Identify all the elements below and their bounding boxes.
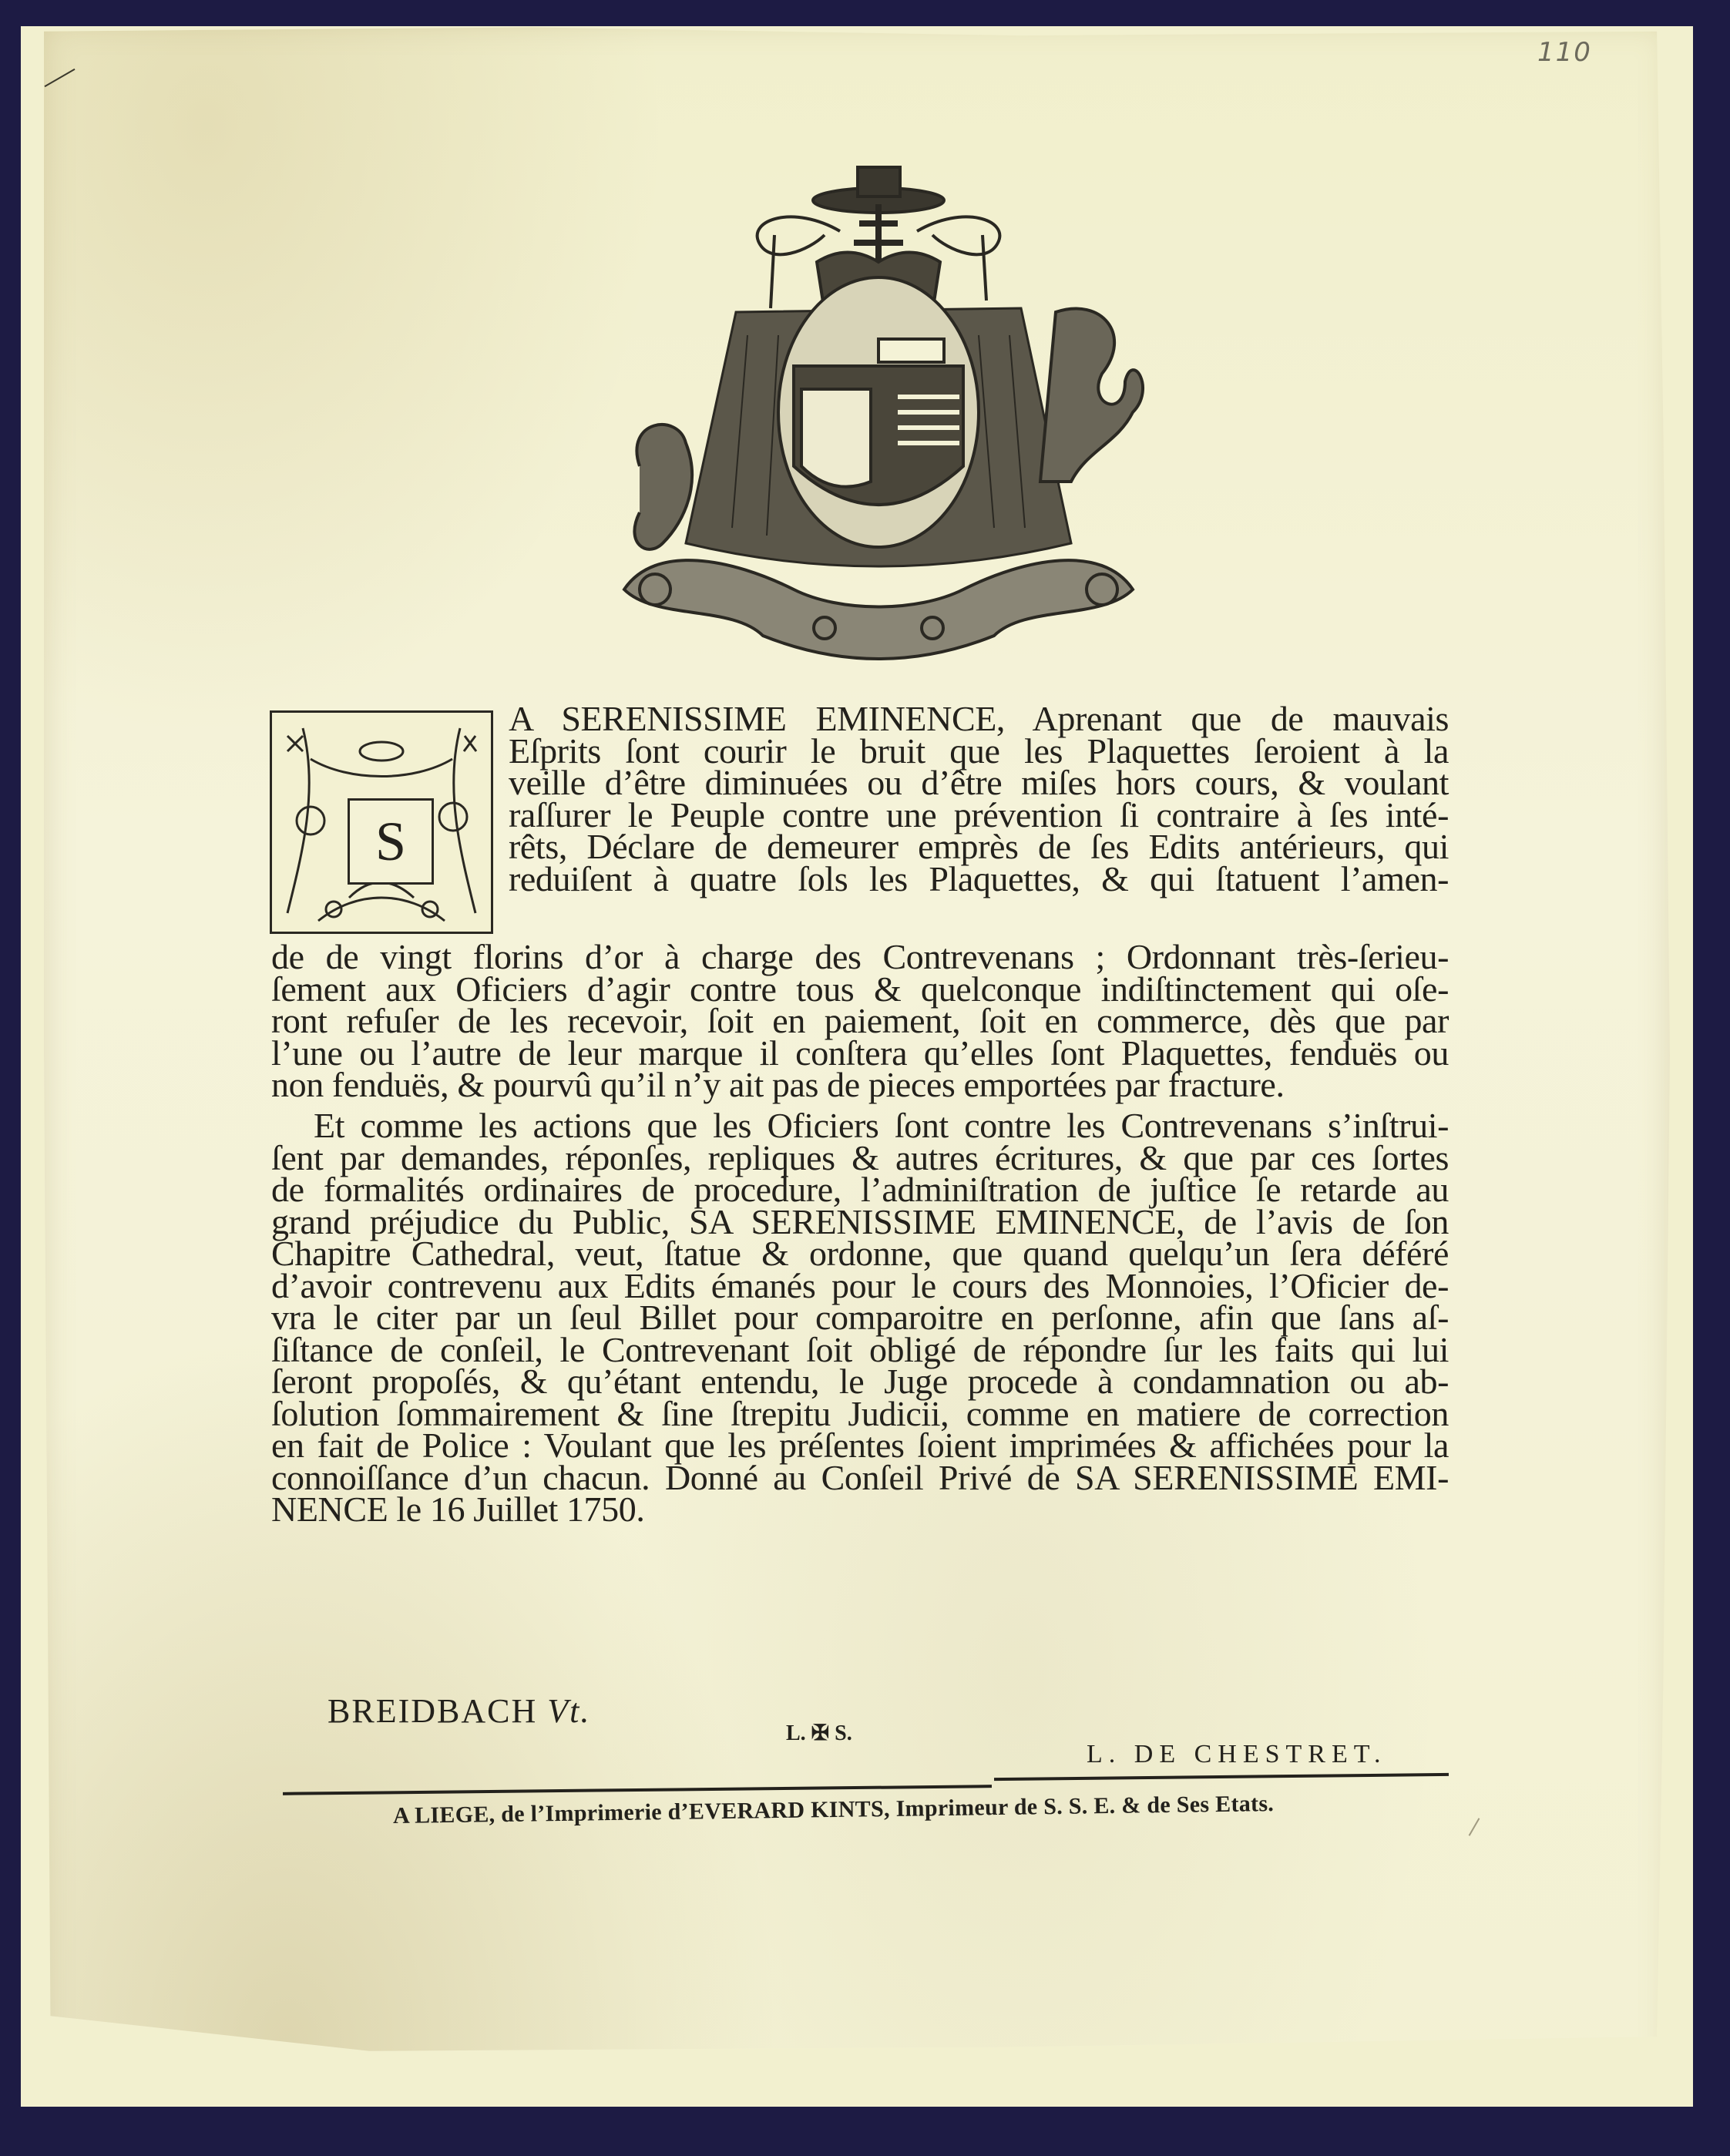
text-line: NENCE le 16 Juillet 1750.: [271, 1493, 1449, 1526]
decorated-drop-cap: S: [270, 710, 493, 934]
pencil-folio-number: 110: [1537, 37, 1592, 68]
text-line: Et comme les actions que les Oficiers ſo…: [271, 1110, 1449, 1142]
text-line: Eſprits ſont courir le bruit que les Pla…: [509, 735, 1449, 767]
text-line: en fait de Police : Voulant que les préſ…: [271, 1429, 1449, 1462]
text-line: ſiſtance de conſeil, le Contrevenant ſoi…: [271, 1334, 1449, 1366]
text-line: Chapitre Cathedral, veut, ſtatue & ordon…: [271, 1238, 1449, 1270]
text-line: de formalités ordinaires de procedure, l…: [271, 1174, 1449, 1206]
text-line: A SERENISSIME EMINENCE, Aprenant que de …: [509, 703, 1449, 735]
text-line: veille d’être diminuées ou d’être miſes …: [509, 767, 1449, 799]
text-line: ſeront propoſés, & qu’étant entendu, le …: [271, 1365, 1449, 1398]
seal-mark: L. ✠ S.: [786, 1720, 852, 1746]
text-line: ſolution ſommairement & ſine ſtrepitu Ju…: [271, 1398, 1449, 1430]
text-line: d’avoir contrevenu aux Edits émanés pour…: [271, 1270, 1449, 1302]
text-line: non fenduës, & pourvû qu’il n’y ait pas …: [271, 1069, 1449, 1101]
paragraph-2: Et comme les actions que les Oficiers ſo…: [271, 1110, 1449, 1526]
signature-name: BREIDBACH: [328, 1692, 537, 1730]
text-line: reduiſent à quatre ſols les Plaquettes, …: [509, 863, 1449, 895]
text-line: vra le citer par un ſeul Billet pour com…: [271, 1301, 1449, 1334]
paragraph-1-full: de de vingt florins d’or à charge des Co…: [271, 941, 1449, 1101]
text-line: l’une ou l’autre de leur marque il conſt…: [271, 1037, 1449, 1070]
drop-cap-letter: S: [348, 798, 434, 885]
text-line: ront refuſer de les recevoir, ſoit en pa…: [271, 1005, 1449, 1037]
text-line: grand préjudice du Public, SA SERENISSIM…: [271, 1206, 1449, 1238]
coat-of-arms-icon: [593, 158, 1164, 667]
text-line: ſement aux Oficiers d’agir contre tous &…: [271, 973, 1449, 1006]
text-line: connoiſſance d’un chacun. Donné au Conſe…: [271, 1462, 1449, 1494]
text-line: raſſurer le Peuple contre une prévention…: [509, 799, 1449, 831]
text-line: de de vingt florins d’or à charge des Co…: [271, 941, 1449, 973]
text-line: ſent par demandes, réponſes, repliques &…: [271, 1142, 1449, 1174]
signature-breidbach: BREIDBACH Vt.: [328, 1691, 590, 1731]
text-line: rêts, Déclare de demeurer emprès de ſes …: [509, 831, 1449, 863]
signature-suffix: Vt.: [547, 1692, 590, 1730]
signature-de-chestret: L. DE CHESTRET.: [1087, 1740, 1386, 1769]
paragraph-1-indented: A SERENISSIME EMINENCE, Aprenant que de …: [509, 703, 1449, 895]
